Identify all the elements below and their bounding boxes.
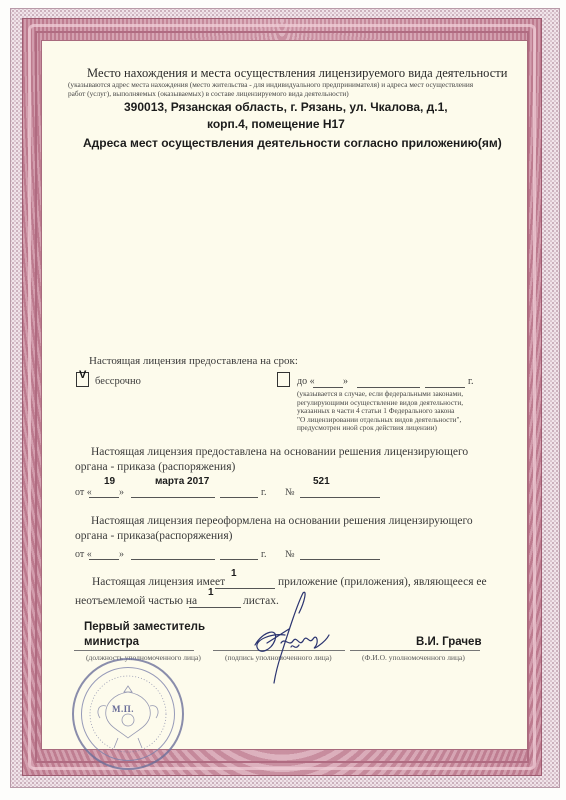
checkmark-icon: V	[79, 369, 86, 381]
reissued-day-field[interactable]	[89, 559, 119, 560]
reissued-quote-close: »	[119, 549, 124, 560]
handwritten-signature-icon	[245, 585, 335, 685]
granted-line1: Настоящая лицензия предоставлена на осно…	[91, 446, 468, 458]
until-quote-close: »	[343, 376, 348, 387]
granted-year-line	[220, 497, 258, 498]
granted-line2: органа - приказа (распоряжения)	[75, 461, 235, 473]
granted-quote-close: »	[119, 487, 124, 498]
appendix-text1: Настоящая лицензия имеет	[92, 576, 225, 588]
indefinite-label: бессрочно	[95, 376, 141, 387]
signer-name: В.И. Грачев	[416, 636, 482, 648]
indefinite-checkbox[interactable]: V	[76, 372, 89, 387]
caption-name: (Ф.И.О. уполномоченного лица)	[362, 653, 465, 662]
reissued-year-field[interactable]	[220, 559, 258, 560]
official-seal: М.П.	[72, 658, 184, 770]
location-heading: Место нахождения и места осуществления л…	[87, 66, 507, 81]
appendix-sheets-line	[189, 607, 241, 608]
reissued-line1: Настоящая лицензия переоформлена на осно…	[91, 515, 473, 527]
until-date-checkbox[interactable]	[277, 372, 290, 387]
appendix-sheets[interactable]: 1	[208, 587, 214, 598]
granted-day-line	[89, 497, 119, 498]
signer-position-line1: Первый заместитель	[84, 621, 205, 633]
reissued-number-prefix: №	[285, 549, 295, 560]
until-year-suffix: г.	[468, 376, 473, 387]
granted-month-line	[131, 497, 215, 498]
signer-position-line2: министра	[84, 636, 139, 648]
granted-day[interactable]: 19	[104, 476, 115, 487]
granted-month-year[interactable]: марта 2017	[155, 476, 209, 487]
seal-label: М.П.	[112, 704, 134, 714]
granted-number-line	[300, 497, 380, 498]
address-line2: корп.4, помещение Н17	[207, 117, 345, 131]
appendix-count[interactable]: 1	[231, 568, 237, 579]
granted-number-prefix: №	[285, 487, 295, 498]
appendix-text3: неотъемлемой частью на	[75, 595, 197, 607]
until-note-line: предусмотрен иной срок действия лицензии…	[297, 424, 463, 433]
granted-number[interactable]: 521	[313, 476, 330, 487]
granted-year-suffix: г.	[261, 487, 266, 498]
license-page: Место нахождения и места осуществления л…	[0, 0, 566, 800]
reissued-number-field[interactable]	[300, 559, 380, 560]
term-heading: Настоящая лицензия предоставлена на срок…	[89, 355, 298, 367]
location-note-line1: (указываются адрес места нахождения (мес…	[68, 80, 473, 89]
seal-emblem-icon	[74, 660, 182, 768]
address-line1: 390013, Рязанская область, г. Рязань, ул…	[124, 100, 448, 114]
location-note-line2: работ (услуг), выполняемых (оказываемых)…	[68, 89, 349, 98]
until-month-field[interactable]	[357, 387, 420, 388]
reissued-year-suffix: г.	[261, 549, 266, 560]
name-signature-line	[350, 650, 480, 651]
position-signature-line	[74, 650, 194, 651]
until-note: (указывается в случае, если федеральными…	[297, 390, 463, 433]
reissued-line2: органа - приказа(распоряжения)	[75, 530, 232, 542]
until-year-field[interactable]	[425, 387, 465, 388]
addresses-note: Адреса мест осуществления деятельности с…	[83, 136, 502, 150]
until-day-field[interactable]	[313, 387, 343, 388]
until-prefix: до «	[297, 376, 315, 387]
reissued-month-field[interactable]	[131, 559, 215, 560]
